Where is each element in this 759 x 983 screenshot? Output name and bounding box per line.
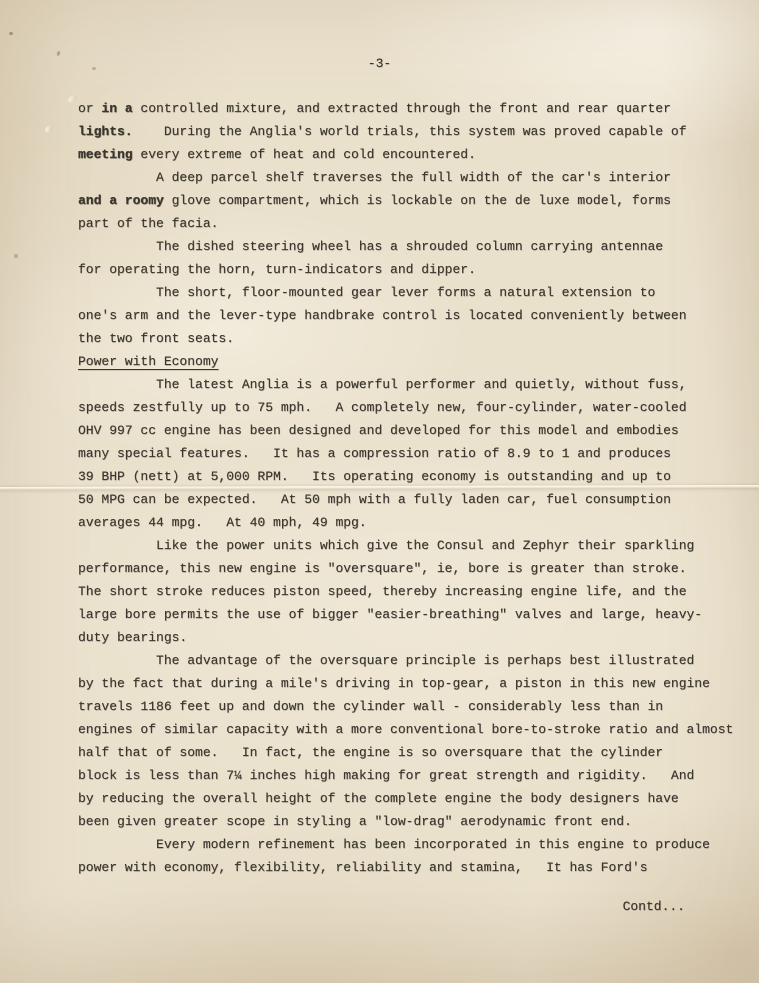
- text-line: Power with Economy: [78, 350, 759, 373]
- paper-speck: [9, 32, 13, 35]
- text-line: The short stroke reduces piston speed, t…: [78, 580, 759, 603]
- paragraph: The advantage of the oversquare principl…: [78, 649, 759, 833]
- text-line: OHV 997 cc engine has been designed and …: [78, 419, 759, 442]
- typewritten-page: -3- or in a controlled mixture, and extr…: [0, 0, 759, 983]
- text-line: meeting every extreme of heat and cold e…: [78, 143, 759, 166]
- text-line: A deep parcel shelf traverses the full w…: [78, 166, 759, 189]
- page-number: -3-: [0, 52, 759, 75]
- text-line: been given greater scope in styling a "l…: [78, 810, 759, 833]
- double-struck-text: lights.: [78, 124, 133, 139]
- text-line: 50 MPG can be expected. At 50 mph with a…: [78, 488, 759, 511]
- text-line: averages 44 mpg. At 40 mph, 49 mpg.: [78, 511, 759, 534]
- paper-dent: [44, 124, 54, 134]
- double-struck-text: in a: [101, 101, 132, 116]
- text-line: Like the power units which give the Cons…: [78, 534, 759, 557]
- text-line: half that of some. In fact, the engine i…: [78, 741, 759, 764]
- text-line: for operating the horn, turn-indicators …: [78, 258, 759, 281]
- text-line: duty bearings.: [78, 626, 759, 649]
- paragraph: The short, floor-mounted gear lever form…: [78, 281, 759, 350]
- paragraph: The dished steering wheel has a shrouded…: [78, 235, 759, 281]
- paragraph: A deep parcel shelf traverses the full w…: [78, 166, 759, 235]
- double-struck-text: and a roomy: [78, 193, 164, 208]
- text-line: speeds zestfully up to 75 mph. A complet…: [78, 396, 759, 419]
- text-line: and a roomy glove compartment, which is …: [78, 189, 759, 212]
- paper-dent: [67, 94, 78, 104]
- text-line: performance, this new engine is "oversqu…: [78, 557, 759, 580]
- text-line: or in a controlled mixture, and extracte…: [78, 97, 759, 120]
- paragraph: Every modern refinement has been incorpo…: [78, 833, 759, 879]
- double-struck-text: meeting: [78, 147, 133, 162]
- text-line: the two front seats.: [78, 327, 759, 350]
- text-line: The short, floor-mounted gear lever form…: [78, 281, 759, 304]
- text-line: lights. During the Anglia's world trials…: [78, 120, 759, 143]
- text-line: one's arm and the lever-type handbrake c…: [78, 304, 759, 327]
- text-line: by reducing the overall height of the co…: [78, 787, 759, 810]
- text-line: block is less than 7¼ inches high making…: [78, 764, 759, 787]
- text-line: The dished steering wheel has a shrouded…: [78, 235, 759, 258]
- text-line: travels 1186 feet up and down the cylind…: [78, 695, 759, 718]
- text-line: The advantage of the oversquare principl…: [78, 649, 759, 672]
- paper-speck: [14, 254, 18, 258]
- text-line: Every modern refinement has been incorpo…: [78, 833, 759, 856]
- text-line: by the fact that during a mile's driving…: [78, 672, 759, 695]
- paragraph: or in a controlled mixture, and extracte…: [78, 97, 759, 166]
- section-heading: Power with Economy: [78, 350, 759, 373]
- text-line: The latest Anglia is a powerful performe…: [78, 373, 759, 396]
- text-line: large bore permits the use of bigger "ea…: [78, 603, 759, 626]
- continuation-note: Contd...: [623, 895, 685, 918]
- text-line: engines of similar capacity with a more …: [78, 718, 759, 741]
- paragraph: Like the power units which give the Cons…: [78, 534, 759, 649]
- text-line: part of the facia.: [78, 212, 759, 235]
- paragraph: The latest Anglia is a powerful performe…: [78, 373, 759, 534]
- text-line: many special features. It has a compress…: [78, 442, 759, 465]
- text-line: power with economy, flexibility, reliabi…: [78, 856, 759, 879]
